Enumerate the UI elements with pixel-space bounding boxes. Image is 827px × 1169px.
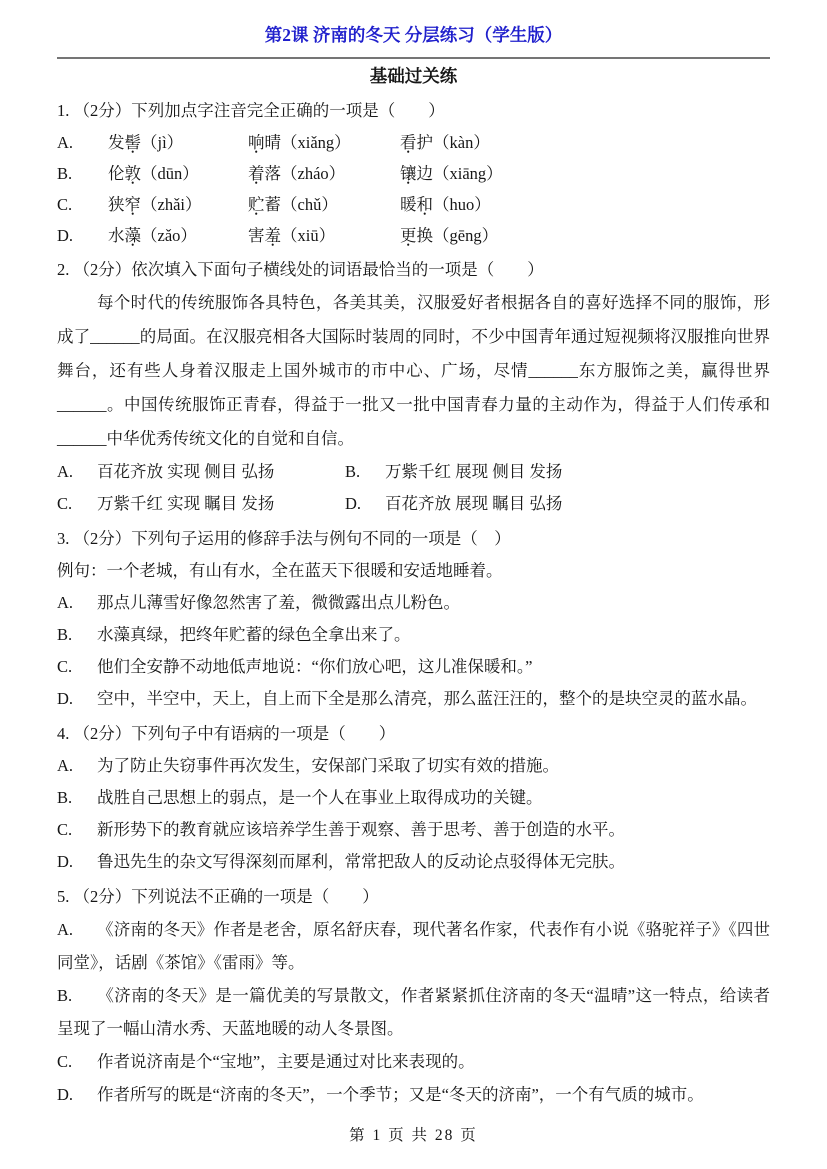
q3-option-d: D.空中，半空中，天上，自上而下全是那么清亮，那么蓝汪汪的，整个的是块空灵的蓝水… [57,683,770,715]
option-label: D. [57,683,97,715]
option-label: D. [57,846,97,878]
word-pinyin: （zhǎi） [141,195,201,214]
q1-option-d: D. 水藻（zǎo） 害羞（xiū） 更换（gēng） [57,220,770,251]
option-text: 作者说济南是个“宝地”，主要是通过对比来表现的。 [97,1052,475,1071]
word-pinyin: 边（xiāng） [417,164,503,183]
q1-word: 更换（gēng） [400,220,498,251]
word-dotted-char: 髻 [125,133,142,152]
word-dotted-char: 看 [400,133,417,152]
word-dotted-char: 镶 [400,164,417,183]
option-text: 他们全安静不动地低声地说：“你们放心吧，这儿准保暖和。” [97,657,532,676]
word-pinyin: 蓄（chǔ） [265,195,338,214]
q1-word: 贮蓄（chǔ） [248,189,400,220]
q5-option-a: A.《济南的冬天》作者是老舍，原名舒庆春，现代著名作家，代表作有小说《骆驼祥子》… [57,913,770,979]
q3-option-a: A.那点儿薄雪好像忽然害了羞，微微露出点儿粉色。 [57,587,770,619]
word-dotted-char: 响 [248,133,265,152]
option-text: 那点儿薄雪好像忽然害了羞，微微露出点儿粉色。 [97,593,460,612]
word-pre: 害 [248,226,265,245]
word-pre: 水 [108,226,125,245]
q2-option-d: D.百花齐放 展现 瞩目 弘扬 [345,488,770,520]
q5-option-d: D.作者所写的既是“济南的冬天”，一个季节；又是“冬天的济南”，一个有气质的城市… [57,1078,770,1111]
page-number-footer: 第 1 页 共 28 页 [0,1123,827,1145]
word-dotted-char: 着 [248,164,265,183]
option-text: 万紫千红 实现 瞩目 发扬 [97,494,274,513]
option-text: 水藻真绿，把终年贮蓄的绿色全拿出来了。 [97,625,411,644]
word-pinyin: （zǎo） [141,226,197,245]
word-pinyin: 护（kàn） [417,133,490,152]
word-pinyin: 晴（xiǎng） [265,133,351,152]
option-text: 新形势下的教育就应该培养学生善于观察、善于思考、善于创造的水平。 [97,820,625,839]
word-dotted-char: 敦 [125,164,142,183]
option-label: A. [57,587,97,619]
q1-option-c: C. 狭窄（zhǎi） 贮蓄（chǔ） 暖和（huo） [57,189,770,220]
word-pre: 伦 [108,164,125,183]
q4-option-d: D.鲁迅先生的杂文写得深刻而犀利，常常把敌人的反动论点驳得体无完肤。 [57,846,770,878]
option-label: C. [57,1045,97,1078]
q1-word: 伦敦（dūn） [108,158,248,189]
q1-option-b: B. 伦敦（dūn） 着落（zháo） 镶边（xiāng） [57,158,770,189]
q2-option-c: C.万紫千红 实现 瞩目 发扬 [57,488,345,520]
q3-option-c: C.他们全安静不动地低声地说：“你们放心吧，这儿准保暖和。” [57,651,770,683]
option-label: D. [345,488,385,520]
q3-option-b: B.水藻真绿，把终年贮蓄的绿色全拿出来了。 [57,619,770,651]
option-label: C. [57,814,97,846]
q4-option-b: B.战胜自己思想上的弱点，是一个人在事业上取得成功的关键。 [57,782,770,814]
option-label: C. [57,651,97,683]
section-title: 基础过关练 [57,61,770,91]
word-pre: 发 [108,133,125,152]
option-text: 万紫千红 展现 侧目 发扬 [385,462,562,481]
word-pinyin: 换（gēng） [417,226,499,245]
word-dotted-char: 更 [400,226,417,245]
q5-option-c: C.作者说济南是个“宝地”，主要是通过对比来表现的。 [57,1045,770,1078]
word-pre: 暖 [400,195,417,214]
word-dotted-char: 和 [417,195,434,214]
word-dotted-char: 贮 [248,195,265,214]
option-text: 空中，半空中，天上，自上而下全是那么清亮，那么蓝汪汪的，整个的是块空灵的蓝水晶。 [97,689,757,708]
q2-stem: 2. （2分）依次填入下面句子横线处的词语最恰当的一项是（ ） [57,254,770,286]
q1-word: 狭窄（zhǎi） [108,189,248,220]
word-dotted-char: 窄 [125,195,142,214]
q5-stem: 5. （2分）下列说法不正确的一项是（ ） [57,881,770,913]
q3-example-sentence: 例句：一个老城，有山有水，全在蓝天下很暖和安适地睡着。 [57,555,770,587]
q2-options: A.百花齐放 实现 侧目 弘扬 B.万紫千红 展现 侧目 发扬 C.万紫千红 实… [57,456,770,520]
q1-stem: 1. （2分）下列加点字注音完全正确的一项是（ ） [57,95,770,127]
word-pinyin: （huo） [433,195,491,214]
option-text: 作者所写的既是“济南的冬天”，一个季节；又是“冬天的济南”，一个有气质的城市。 [97,1085,704,1104]
option-text: 战胜自己思想上的弱点，是一个人在事业上取得成功的关键。 [97,788,543,807]
q4-option-c: C.新形势下的教育就应该培养学生善于观察、善于思考、善于创造的水平。 [57,814,770,846]
option-label: A. [57,456,97,488]
option-label: D. [57,220,108,251]
word-dotted-char: 羞 [265,226,282,245]
word-pinyin: （jì） [141,133,183,152]
q1-word: 着落（zháo） [248,158,400,189]
q5-option-b: B.《济南的冬天》是一篇优美的写景散文，作者紧紧抓住济南的冬天“温晴”这一特点，… [57,979,770,1045]
word-pinyin: （dūn） [141,164,199,183]
q1-option-a: A. 发髻（jì） 响晴（xiǎng） 看护（kàn） [57,127,770,158]
q1-word: 看护（kàn） [400,127,490,158]
option-label: B. [345,456,385,488]
document-title: 第2课 济南的冬天 分层练习（学生版） [57,22,770,48]
q1-word: 水藻（zǎo） [108,220,248,251]
option-label: A. [57,750,97,782]
option-label: D. [57,1078,97,1111]
option-label: A. [57,127,108,158]
option-label: B. [57,979,97,1012]
q2-option-b: B.万紫千红 展现 侧目 发扬 [345,456,770,488]
option-label: C. [57,488,97,520]
option-label: B. [57,782,97,814]
q1-word: 害羞（xiū） [248,220,400,251]
q4-option-a: A.为了防止失窃事件再次发生，安保部门采取了切实有效的措施。 [57,750,770,782]
q1-word: 响晴（xiǎng） [248,127,400,158]
word-pinyin: 落（zháo） [265,164,346,183]
option-label: A. [57,913,97,946]
q3-stem: 3. （2分）下列句子运用的修辞手法与例句不同的一项是（ ） [57,523,770,555]
worksheet-page: 第2课 济南的冬天 分层练习（学生版） 基础过关练 1. （2分）下列加点字注音… [0,0,827,1169]
option-text: 为了防止失窃事件再次发生，安保部门采取了切实有效的措施。 [97,756,559,775]
option-label: C. [57,189,108,220]
header-divider [57,57,770,59]
option-text: 百花齐放 展现 瞩目 弘扬 [385,494,562,513]
option-text: 鲁迅先生的杂文写得深刻而犀利，常常把敌人的反动论点驳得体无完肤。 [97,852,625,871]
q2-passage: 每个时代的传统服饰各具特色，各美其美，汉服爱好者根据各自的喜好选择不同的服饰，形… [57,286,770,456]
option-text: 《济南的冬天》作者是老舍，原名舒庆春，现代著名作家，代表作有小说《骆驼祥子》《四… [57,920,770,972]
q4-stem: 4. （2分）下列句子中有语病的一项是（ ） [57,718,770,750]
word-pre: 狭 [108,195,125,214]
option-text: 百花齐放 实现 侧目 弘扬 [97,462,274,481]
word-dotted-char: 藻 [125,226,142,245]
q1-word: 发髻（jì） [108,127,248,158]
q1-word: 镶边（xiāng） [400,158,503,189]
option-text: 《济南的冬天》是一篇优美的写景散文，作者紧紧抓住济南的冬天“温晴”这一特点，给读… [57,986,770,1038]
q1-word: 暖和（huo） [400,189,491,220]
q2-option-a: A.百花齐放 实现 侧目 弘扬 [57,456,345,488]
option-label: B. [57,619,97,651]
word-pinyin: （xiū） [281,226,335,245]
option-label: B. [57,158,108,189]
